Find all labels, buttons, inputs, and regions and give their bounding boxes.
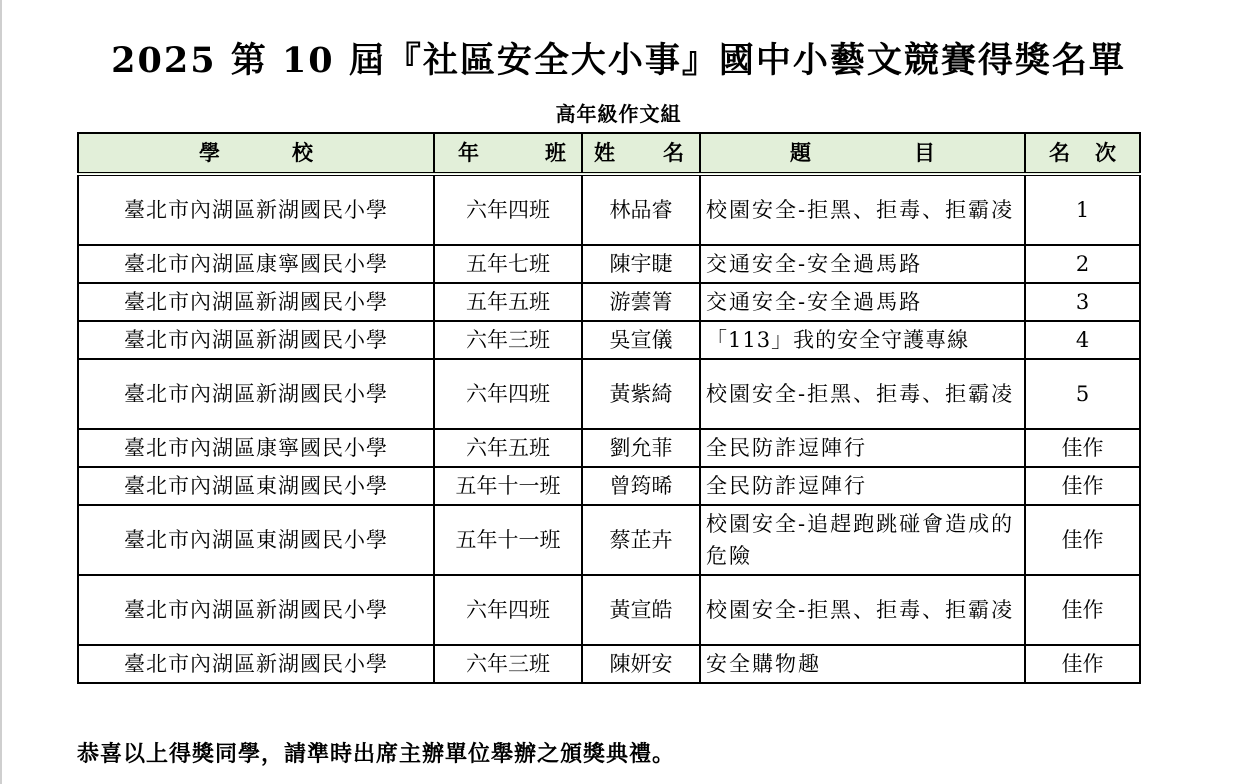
column-header-topic: 題目 [700,133,1025,174]
table-row: 臺北市內湖區新湖國民小學 六年四班 林品睿 校園安全-拒黑、拒毒、拒霸凌 1 [78,174,1140,245]
cell-class: 六年五班 [434,429,582,467]
cell-topic: 校園安全-拒黑、拒毒、拒霸凌 [700,575,1025,645]
cell-rank: 5 [1025,359,1140,429]
header-text: 次 [1095,137,1116,169]
cell-class: 六年三班 [434,645,582,683]
table-row: 臺北市內湖區新湖國民小學 六年四班 黃紫綺 校園安全-拒黑、拒毒、拒霸凌 5 [78,359,1140,429]
cell-name: 陳宇睫 [582,245,700,283]
cell-topic: 校園安全-拒黑、拒毒、拒霸凌 [700,359,1025,429]
cell-class: 六年三班 [434,321,582,359]
cell-school: 臺北市內湖區新湖國民小學 [78,575,434,645]
header-text: 姓 [594,137,615,169]
cell-name: 黃宣皓 [582,575,700,645]
cell-class: 六年四班 [434,359,582,429]
header-text: 名 [663,137,684,169]
column-header-rank: 名次 [1025,133,1140,174]
cell-name: 曾筠晞 [582,467,700,505]
table-row: 臺北市內湖區新湖國民小學 五年五班 游蕓箐 交通安全-安全過馬路 3 [78,283,1140,321]
page-title: 2025 第 10 屆『社區安全大小事』國中小藝文競賽得獎名單 [0,36,1237,86]
cell-rank: 佳作 [1025,467,1140,505]
cell-topic: 全民防詐逗陣行 [700,429,1025,467]
cell-rank: 佳作 [1025,645,1140,683]
page-subtitle: 高年級作文組 [0,100,1237,128]
cell-class: 五年十一班 [434,467,582,505]
table-row: 臺北市內湖區東湖國民小學 五年十一班 曾筠晞 全民防詐逗陣行 佳作 [78,467,1140,505]
table-row: 臺北市內湖區新湖國民小學 六年三班 吳宣儀 「113」我的安全守護專線 4 [78,321,1140,359]
cell-class: 五年十一班 [434,505,582,575]
header-text: 學 [199,137,220,169]
table-row: 臺北市內湖區東湖國民小學 五年十一班 蔡芷卉 校園安全-追趕跑跳碰會造成的危險 … [78,505,1140,575]
cell-school: 臺北市內湖區康寧國民小學 [78,429,434,467]
cell-school: 臺北市內湖區新湖國民小學 [78,645,434,683]
table-row: 臺北市內湖區康寧國民小學 五年七班 陳宇睫 交通安全-安全過馬路 2 [78,245,1140,283]
cell-school: 臺北市內湖區新湖國民小學 [78,359,434,429]
cell-class: 五年五班 [434,283,582,321]
cell-school: 臺北市內湖區新湖國民小學 [78,321,434,359]
cell-name: 吳宣儀 [582,321,700,359]
cell-rank: 佳作 [1025,505,1140,575]
header-text: 目 [914,137,935,169]
table-row: 臺北市內湖區康寧國民小學 六年五班 劉允菲 全民防詐逗陣行 佳作 [78,429,1140,467]
header-text: 班 [545,137,566,169]
cell-school: 臺北市內湖區東湖國民小學 [78,467,434,505]
cell-name: 林品睿 [582,174,700,245]
cell-name: 蔡芷卉 [582,505,700,575]
header-text: 校 [292,137,313,169]
cell-topic: 交通安全-安全過馬路 [700,245,1025,283]
cell-class: 六年四班 [434,575,582,645]
cell-topic: 全民防詐逗陣行 [700,467,1025,505]
cell-name: 陳妍安 [582,645,700,683]
header-text: 年 [458,137,479,169]
cell-name: 游蕓箐 [582,283,700,321]
cell-topic: 校園安全-追趕跑跳碰會造成的危險 [700,505,1025,575]
cell-topic: 校園安全-拒黑、拒毒、拒霸凌 [700,174,1025,245]
cell-rank: 佳作 [1025,575,1140,645]
column-header-class: 年班 [434,133,582,174]
footer-note: 恭喜以上得獎同學，請準時出席主辦單位舉辦之頒獎典禮。 [77,738,675,770]
cell-rank: 3 [1025,283,1140,321]
cell-school: 臺北市內湖區東湖國民小學 [78,505,434,575]
table-header-row: 學校 年班 姓名 題目 名次 [78,133,1140,174]
awards-table: 學校 年班 姓名 題目 名次 臺北市內湖區新湖國民小學 六年四班 林品睿 校園安… [77,132,1141,684]
cell-topic: 「113」我的安全守護專線 [700,321,1025,359]
cell-name: 劉允菲 [582,429,700,467]
cell-school: 臺北市內湖區新湖國民小學 [78,174,434,245]
cell-school: 臺北市內湖區康寧國民小學 [78,245,434,283]
cell-school: 臺北市內湖區新湖國民小學 [78,283,434,321]
column-header-school: 學校 [78,133,434,174]
header-text: 題 [790,137,811,169]
cell-topic: 安全購物趣 [700,645,1025,683]
cell-rank: 1 [1025,174,1140,245]
header-text: 名 [1049,137,1070,169]
column-header-name: 姓名 [582,133,700,174]
table-row: 臺北市內湖區新湖國民小學 六年四班 黃宣皓 校園安全-拒黑、拒毒、拒霸凌 佳作 [78,575,1140,645]
cell-class: 五年七班 [434,245,582,283]
cell-topic: 交通安全-安全過馬路 [700,283,1025,321]
cell-rank: 佳作 [1025,429,1140,467]
cell-class: 六年四班 [434,174,582,245]
cell-name: 黃紫綺 [582,359,700,429]
cell-rank: 4 [1025,321,1140,359]
table-row: 臺北市內湖區新湖國民小學 六年三班 陳妍安 安全購物趣 佳作 [78,645,1140,683]
cell-rank: 2 [1025,245,1140,283]
